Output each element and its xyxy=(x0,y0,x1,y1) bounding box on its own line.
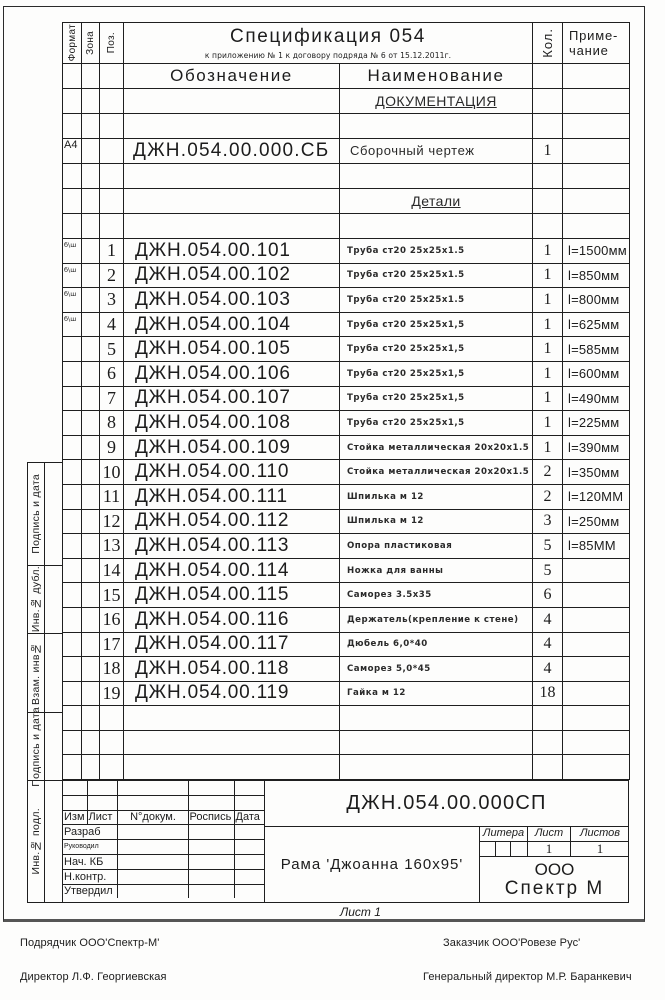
table-row: 12ДЖН.054.00.112Шпилька м 123l=250мм xyxy=(63,509,630,534)
cell-format xyxy=(63,583,82,608)
col-pos-header: Поз. xyxy=(100,23,124,64)
col-note-label-1: Приме- xyxy=(569,28,629,43)
cell-name: Труба ст20 25x25x1.5 xyxy=(340,239,533,264)
cell-name xyxy=(340,755,533,780)
role-approved: Утвердил xyxy=(63,884,117,898)
cell-zone xyxy=(82,386,100,411)
empty-row xyxy=(63,164,630,189)
cell-format xyxy=(63,89,82,114)
cell-qty: 1 xyxy=(533,386,563,411)
cell-designation: ДЖН.054.00.111 xyxy=(124,484,340,509)
table-row: 19ДЖН.054.00.119Гайка м 1218 xyxy=(63,681,630,706)
cell-zone xyxy=(82,534,100,559)
strip-label-cell: Инв.№ дубл. xyxy=(27,566,45,633)
cell-designation xyxy=(124,214,340,239)
cell-qty: 1 xyxy=(533,337,563,362)
cell-pos: 7 xyxy=(100,386,124,411)
cell-zone xyxy=(82,460,100,485)
table-row: б\ш2ДЖН.054.00.102Труба ст20 25x25x1.51l… xyxy=(63,263,630,288)
role-head: Руководил xyxy=(63,840,117,855)
cell-zone xyxy=(82,337,100,362)
cell-note xyxy=(563,607,630,632)
cell-name xyxy=(340,164,533,189)
table-row: 15ДЖН.054.00.115Саморез 3.5x356 xyxy=(63,583,630,608)
cell-name: Шпилька м 12 xyxy=(340,509,533,534)
col-qty-header: Кол. xyxy=(533,23,563,64)
cell-note xyxy=(563,755,630,780)
cell-name: Саморез 3.5x35 xyxy=(340,583,533,608)
cell-zone xyxy=(82,263,100,288)
litera-cell-2 xyxy=(495,842,510,856)
cell-pos xyxy=(100,706,124,731)
cell-pos: 11 xyxy=(100,484,124,509)
cell-name: Стойка металлическая 20x20x1.5 xyxy=(340,460,533,485)
cell-note xyxy=(563,214,630,239)
cell-name xyxy=(340,114,533,139)
cell-name: Дюбель 6,0*40 xyxy=(340,632,533,657)
cell-note xyxy=(563,730,630,755)
cell-designation xyxy=(124,730,340,755)
col-doc-no: N°докум. xyxy=(117,810,188,825)
cell-designation: ДЖН.054.00.102 xyxy=(124,263,340,288)
table-row: 16ДЖН.054.00.116Держатель(крепление к ст… xyxy=(63,607,630,632)
cell-zone xyxy=(82,583,100,608)
strip-label: Инв.№ дубл. xyxy=(30,566,42,632)
cell-qty: 1 xyxy=(533,312,563,337)
cell-qty xyxy=(533,189,563,214)
cell-pos xyxy=(100,189,124,214)
col-format-label: Формат xyxy=(67,24,78,61)
cell-designation: ДЖН.054.00.105 xyxy=(124,337,340,362)
cell-note xyxy=(563,64,630,89)
cell-format: б\ш xyxy=(63,288,82,313)
cell-pos: 13 xyxy=(100,534,124,559)
document-row: А4ДЖН.054.00.000.СБСборочный чертеж1 xyxy=(63,139,630,164)
table-row: 7ДЖН.054.00.107Труба ст20 25x25x1,51l=49… xyxy=(63,386,630,411)
document-title-cell: Спецификация 054 к приложению № 1 к дого… xyxy=(124,23,533,64)
cell-pos: 18 xyxy=(100,657,124,682)
cell-qty: 18 xyxy=(533,681,563,706)
sheets-label: Листов xyxy=(570,827,629,841)
cell-zone xyxy=(82,706,100,731)
cell-note: l=850мм xyxy=(563,263,630,288)
cell-qty: 2 xyxy=(533,460,563,485)
cell-zone xyxy=(82,411,100,436)
cell-designation xyxy=(124,89,340,114)
cell-name: Держатель(крепление к стене) xyxy=(340,607,533,632)
cell-zone xyxy=(82,214,100,239)
cell-qty: 3 xyxy=(533,509,563,534)
cell-name: Стойка металлическая 20x20x1.5 xyxy=(340,435,533,460)
strip-label-cell: Подпись и дата xyxy=(27,713,45,780)
cell-note: l=350мм xyxy=(563,460,630,485)
cell-qty: 1 xyxy=(533,411,563,436)
cell-qty: 4 xyxy=(533,632,563,657)
table-row: 10ДЖН.054.00.110Стойка металлическая 20x… xyxy=(63,460,630,485)
cell-designation: ДЖН.054.00.115 xyxy=(124,583,340,608)
cell-pos xyxy=(100,64,124,89)
cell-name: Труба ст20 25x25x1.5 xyxy=(340,263,533,288)
cell-note: l=225мм xyxy=(563,411,630,436)
table-row: 5ДЖН.054.00.105Труба ст20 25x25x1,51l=58… xyxy=(63,337,630,362)
cell-zone xyxy=(82,64,100,89)
role-developed: Разраб xyxy=(63,825,117,840)
cell-pos: 2 xyxy=(100,263,124,288)
table-row: б\ш1ДЖН.054.00.101Труба ст20 25x25x1.51l… xyxy=(63,239,630,264)
cell-pos: 4 xyxy=(100,312,124,337)
cell-qty: 4 xyxy=(533,607,563,632)
cell-pos: 6 xyxy=(100,361,124,386)
cell-qty: 2 xyxy=(533,484,563,509)
col-format-header: Формат xyxy=(63,23,82,64)
cell-pos: 17 xyxy=(100,632,124,657)
litera-cell-3 xyxy=(510,842,527,856)
cell-designation: ДЖН.054.00.000.СБ xyxy=(124,139,340,164)
cell-format: б\ш xyxy=(63,239,82,264)
cell-zone xyxy=(82,657,100,682)
organization: ООО Спектр М xyxy=(480,857,629,902)
strip-section: Взам. инв№ xyxy=(27,633,62,712)
table-row: 13ДЖН.054.00.113Опора пластиковая5l=85ММ xyxy=(63,534,630,559)
cell-zone xyxy=(82,607,100,632)
cell-designation: ДЖН.054.00.101 xyxy=(124,239,340,264)
cell-designation: ДЖН.054.00.106 xyxy=(124,361,340,386)
empty-row xyxy=(63,214,630,239)
strip-section: Инв.№ дубл. xyxy=(27,565,62,633)
cell-designation: ДЖН.054.00.114 xyxy=(124,558,340,583)
sheet-number-label: Лист 1 xyxy=(340,905,381,919)
col-pos-label: Поз. xyxy=(106,32,117,53)
cell-qty: 6 xyxy=(533,583,563,608)
cell-note xyxy=(563,164,630,189)
cell-note xyxy=(563,706,630,731)
cell-note xyxy=(563,681,630,706)
cell-name: Труба ст20 25x25x1.5 xyxy=(340,288,533,313)
cell-format xyxy=(63,755,82,780)
cell-pos xyxy=(100,755,124,780)
cell-format xyxy=(63,411,82,436)
empty-row xyxy=(63,730,630,755)
strip-label: Взам. инв№ xyxy=(30,642,42,705)
cell-pos: 3 xyxy=(100,288,124,313)
cell-qty: 1 xyxy=(533,435,563,460)
table-row: 18ДЖН.054.00.118Саморез 5,0*454 xyxy=(63,657,630,682)
table-row: 11ДЖН.054.00.111Шпилька м 122l=120ММ xyxy=(63,484,630,509)
strip-label-cell: Инв.№ подл. xyxy=(27,781,45,902)
cell-qty xyxy=(533,214,563,239)
strip-label: Подпись и дата xyxy=(30,707,42,787)
strip-section: Инв.№ подл. xyxy=(27,780,62,903)
cell-pos: 19 xyxy=(100,681,124,706)
cell-qty: 1 xyxy=(533,263,563,288)
table-row: б\ш3ДЖН.054.00.103Труба ст20 25x25x1.51l… xyxy=(63,288,630,313)
cell-zone xyxy=(82,361,100,386)
cell-designation: ДЖН.054.00.112 xyxy=(124,509,340,534)
cell-format xyxy=(63,361,82,386)
table-row: 17ДЖН.054.00.117Дюбель 6,0*404 xyxy=(63,632,630,657)
cell-pos xyxy=(100,139,124,164)
cell-zone xyxy=(82,114,100,139)
cell-designation: ДЖН.054.00.109 xyxy=(124,435,340,460)
sheets-value: 1 xyxy=(570,842,629,856)
cell-format xyxy=(63,337,82,362)
cell-format xyxy=(63,730,82,755)
document-subtitle: к приложению № 1 к договору подряда № 6 … xyxy=(124,51,532,60)
cell-name: Труба ст20 25x25x1,5 xyxy=(340,361,533,386)
cell-designation: ДЖН.054.00.113 xyxy=(124,534,340,559)
cell-format xyxy=(63,64,82,89)
customer-label: Заказчик ООО'Ровезе Рус' xyxy=(443,937,580,949)
table-row: 9ДЖН.054.00.109Стойка металлическая 20x2… xyxy=(63,435,630,460)
cell-designation xyxy=(124,164,340,189)
cell-note: l=390мм xyxy=(563,435,630,460)
cell-name: Саморез 5,0*45 xyxy=(340,657,533,682)
cell-zone xyxy=(82,435,100,460)
column-titles-row: Обозначение Наименование xyxy=(63,64,630,89)
cell-name: ДОКУМЕНТАЦИЯ xyxy=(340,89,533,114)
cell-designation: ДЖН.054.00.103 xyxy=(124,288,340,313)
cell-qty xyxy=(533,89,563,114)
cell-format xyxy=(63,435,82,460)
cell-note: l=600мм xyxy=(563,361,630,386)
cell-name: Труба ст20 25x25x1,5 xyxy=(340,411,533,436)
section-row: ДОКУМЕНТАЦИЯ xyxy=(63,89,630,114)
empty-row xyxy=(63,706,630,731)
cell-format xyxy=(63,558,82,583)
cell-format xyxy=(63,509,82,534)
empty-row xyxy=(63,755,630,780)
cell-pos: 15 xyxy=(100,583,124,608)
col-sheet: Лист xyxy=(87,810,117,825)
cell-designation: ДЖН.054.00.118 xyxy=(124,657,340,682)
cell-name xyxy=(340,706,533,731)
cell-zone xyxy=(82,312,100,337)
cell-pos xyxy=(100,214,124,239)
cell-zone xyxy=(82,139,100,164)
cell-format xyxy=(63,607,82,632)
cell-designation: ДЖН.054.00.116 xyxy=(124,607,340,632)
cell-format: А4 xyxy=(63,139,82,164)
cell-designation: ДЖН.054.00.107 xyxy=(124,386,340,411)
col-change: Изм xyxy=(63,810,87,825)
cell-note xyxy=(563,189,630,214)
cell-note xyxy=(563,114,630,139)
cell-zone xyxy=(82,164,100,189)
cell-name xyxy=(340,214,533,239)
header-row: Формат Зона Поз. Спецификация 054 к прил… xyxy=(63,23,630,64)
cell-name: Ножка для ванны xyxy=(340,558,533,583)
cell-zone xyxy=(82,89,100,114)
strip-section: Подпись и дата xyxy=(27,712,62,780)
cell-pos: 10 xyxy=(100,460,124,485)
cell-qty: 1 xyxy=(533,139,563,164)
section-row: Детали xyxy=(63,189,630,214)
cell-zone xyxy=(82,509,100,534)
cell-qty: 5 xyxy=(533,534,563,559)
cell-zone xyxy=(82,632,100,657)
col-name-header: Наименование xyxy=(340,64,533,89)
cell-format xyxy=(63,706,82,731)
strip-label-cell: Взам. инв№ xyxy=(27,634,45,712)
col-qty-label: Кол. xyxy=(540,28,555,58)
cell-designation: ДЖН.054.00.117 xyxy=(124,632,340,657)
cell-zone xyxy=(82,558,100,583)
cell-pos xyxy=(100,89,124,114)
col-note-header: Приме- чание xyxy=(563,23,630,64)
cell-name: Детали xyxy=(340,189,533,214)
organization-line-2: Спектр М xyxy=(480,879,629,899)
cell-note: l=85ММ xyxy=(563,534,630,559)
customer-director: Генеральный директор М.Р. Баранкевич xyxy=(423,971,632,983)
contractor-label: Подрядчик ООО'Спектр-М' xyxy=(20,937,159,949)
sheet-label: Лист xyxy=(527,827,570,841)
cell-format xyxy=(63,189,82,214)
organization-line-1: ООО xyxy=(480,861,629,879)
litera-label: Литера xyxy=(480,827,527,841)
cell-pos: 9 xyxy=(100,435,124,460)
specification-table: Формат Зона Поз. Спецификация 054 к прил… xyxy=(62,22,630,780)
cell-note xyxy=(563,632,630,657)
cell-name xyxy=(340,730,533,755)
cell-zone xyxy=(82,189,100,214)
cell-format: б\ш xyxy=(63,312,82,337)
cell-name: Труба ст20 25x25x1,5 xyxy=(340,337,533,362)
cell-designation: ДЖН.054.00.104 xyxy=(124,312,340,337)
cell-note: l=250мм xyxy=(563,509,630,534)
cell-format: б\ш xyxy=(63,263,82,288)
col-note-label-2: чание xyxy=(569,43,629,58)
cell-zone xyxy=(82,730,100,755)
cell-format xyxy=(63,114,82,139)
cell-name: Шпилька м 12 xyxy=(340,484,533,509)
cell-pos: 8 xyxy=(100,411,124,436)
cell-designation: ДЖН.054.00.108 xyxy=(124,411,340,436)
cell-name: Сборочный чертеж xyxy=(340,139,533,164)
cell-qty: 5 xyxy=(533,558,563,583)
role-chief-kb: Нач. КБ xyxy=(63,854,117,869)
cell-note: l=625мм xyxy=(563,312,630,337)
cell-designation xyxy=(124,755,340,780)
col-date: Дата xyxy=(234,810,264,825)
cell-pos: 16 xyxy=(100,607,124,632)
cell-format xyxy=(63,534,82,559)
product-name: Рама 'Джоанна 160x95' xyxy=(264,827,479,902)
cell-format xyxy=(63,681,82,706)
cell-note: l=1500мм xyxy=(563,239,630,264)
empty-row xyxy=(63,114,630,139)
cell-designation xyxy=(124,114,340,139)
strip-label: Инв.№ подл. xyxy=(30,808,42,875)
cell-pos: 12 xyxy=(100,509,124,534)
strip-label: Подпись и дата xyxy=(30,474,42,554)
litera-cell-1 xyxy=(480,842,495,856)
cell-pos xyxy=(100,730,124,755)
document-designation: ДЖН.054.00.000СП xyxy=(264,781,628,827)
cell-zone xyxy=(82,681,100,706)
cell-note: l=800мм xyxy=(563,288,630,313)
litera-block: Литера Лист Листов 1 1 ООО Спектр М xyxy=(479,827,628,902)
cell-pos: 5 xyxy=(100,337,124,362)
cell-qty: 4 xyxy=(533,657,563,682)
cell-format xyxy=(63,484,82,509)
cell-qty xyxy=(533,706,563,731)
cell-zone xyxy=(82,755,100,780)
cell-note xyxy=(563,558,630,583)
col-designation-header: Обозначение xyxy=(124,64,340,89)
cell-note: l=585мм xyxy=(563,337,630,362)
cell-pos: 14 xyxy=(100,558,124,583)
cell-name: Труба ст20 25x25x1,5 xyxy=(340,312,533,337)
cell-name: Опора пластиковая xyxy=(340,534,533,559)
cell-qty: 1 xyxy=(533,239,563,264)
strip-label-cell: Подпись и дата xyxy=(27,463,45,565)
cell-format xyxy=(63,214,82,239)
cell-zone xyxy=(82,239,100,264)
table-row: б\ш4ДЖН.054.00.104Труба ст20 25x25x1,51l… xyxy=(63,312,630,337)
cell-qty xyxy=(533,164,563,189)
table-row: 14ДЖН.054.00.114Ножка для ванны5 xyxy=(63,558,630,583)
cell-pos xyxy=(100,164,124,189)
strip-section: Подпись и дата xyxy=(27,462,62,565)
cell-format xyxy=(63,386,82,411)
role-norm-control: Н.контр. xyxy=(63,869,117,884)
contractor-director: Директор Л.Ф. Георгиевская xyxy=(20,971,167,983)
cell-note: l=120ММ xyxy=(563,484,630,509)
cell-zone xyxy=(82,288,100,313)
cell-designation: ДЖН.054.00.119 xyxy=(124,681,340,706)
revision-table: Изм Лист N°докум. Роспись Дата Разраб Ру… xyxy=(63,781,265,898)
cell-pos xyxy=(100,114,124,139)
cell-qty xyxy=(533,114,563,139)
cell-qty: 1 xyxy=(533,361,563,386)
cell-format xyxy=(63,164,82,189)
table-row: 6ДЖН.054.00.106Труба ст20 25x25x1,51l=60… xyxy=(63,361,630,386)
title-block: Изм Лист N°докум. Роспись Дата Разраб Ру… xyxy=(62,780,629,903)
cell-note xyxy=(563,89,630,114)
cell-name: Гайка м 12 xyxy=(340,681,533,706)
cell-note xyxy=(563,657,630,682)
table-row: 8ДЖН.054.00.108Труба ст20 25x25x1,51l=22… xyxy=(63,411,630,436)
cell-note xyxy=(563,139,630,164)
cell-note xyxy=(563,583,630,608)
cell-qty xyxy=(533,730,563,755)
col-signature: Роспись xyxy=(188,810,234,825)
cell-qty xyxy=(533,755,563,780)
sheet-value: 1 xyxy=(527,842,570,856)
cell-pos: 1 xyxy=(100,239,124,264)
col-zone-label: Зона xyxy=(85,31,96,55)
cell-qty xyxy=(533,64,563,89)
cell-format xyxy=(63,632,82,657)
cell-designation xyxy=(124,706,340,731)
cell-note: l=490мм xyxy=(563,386,630,411)
cell-designation: ДЖН.054.00.110 xyxy=(124,460,340,485)
side-signature-strip: Подпись и датаИнв.№ дубл.Взам. инв№Подпи… xyxy=(27,462,62,903)
revision-header-row: Изм Лист N°докум. Роспись Дата xyxy=(63,810,264,825)
cell-zone xyxy=(82,484,100,509)
document-title: Спецификация 054 xyxy=(124,26,532,48)
col-zone-header: Зона xyxy=(82,23,100,64)
cell-format xyxy=(63,460,82,485)
cell-name: Труба ст20 25x25x1,5 xyxy=(340,386,533,411)
cell-qty: 1 xyxy=(533,288,563,313)
cell-format xyxy=(63,657,82,682)
cell-designation xyxy=(124,189,340,214)
